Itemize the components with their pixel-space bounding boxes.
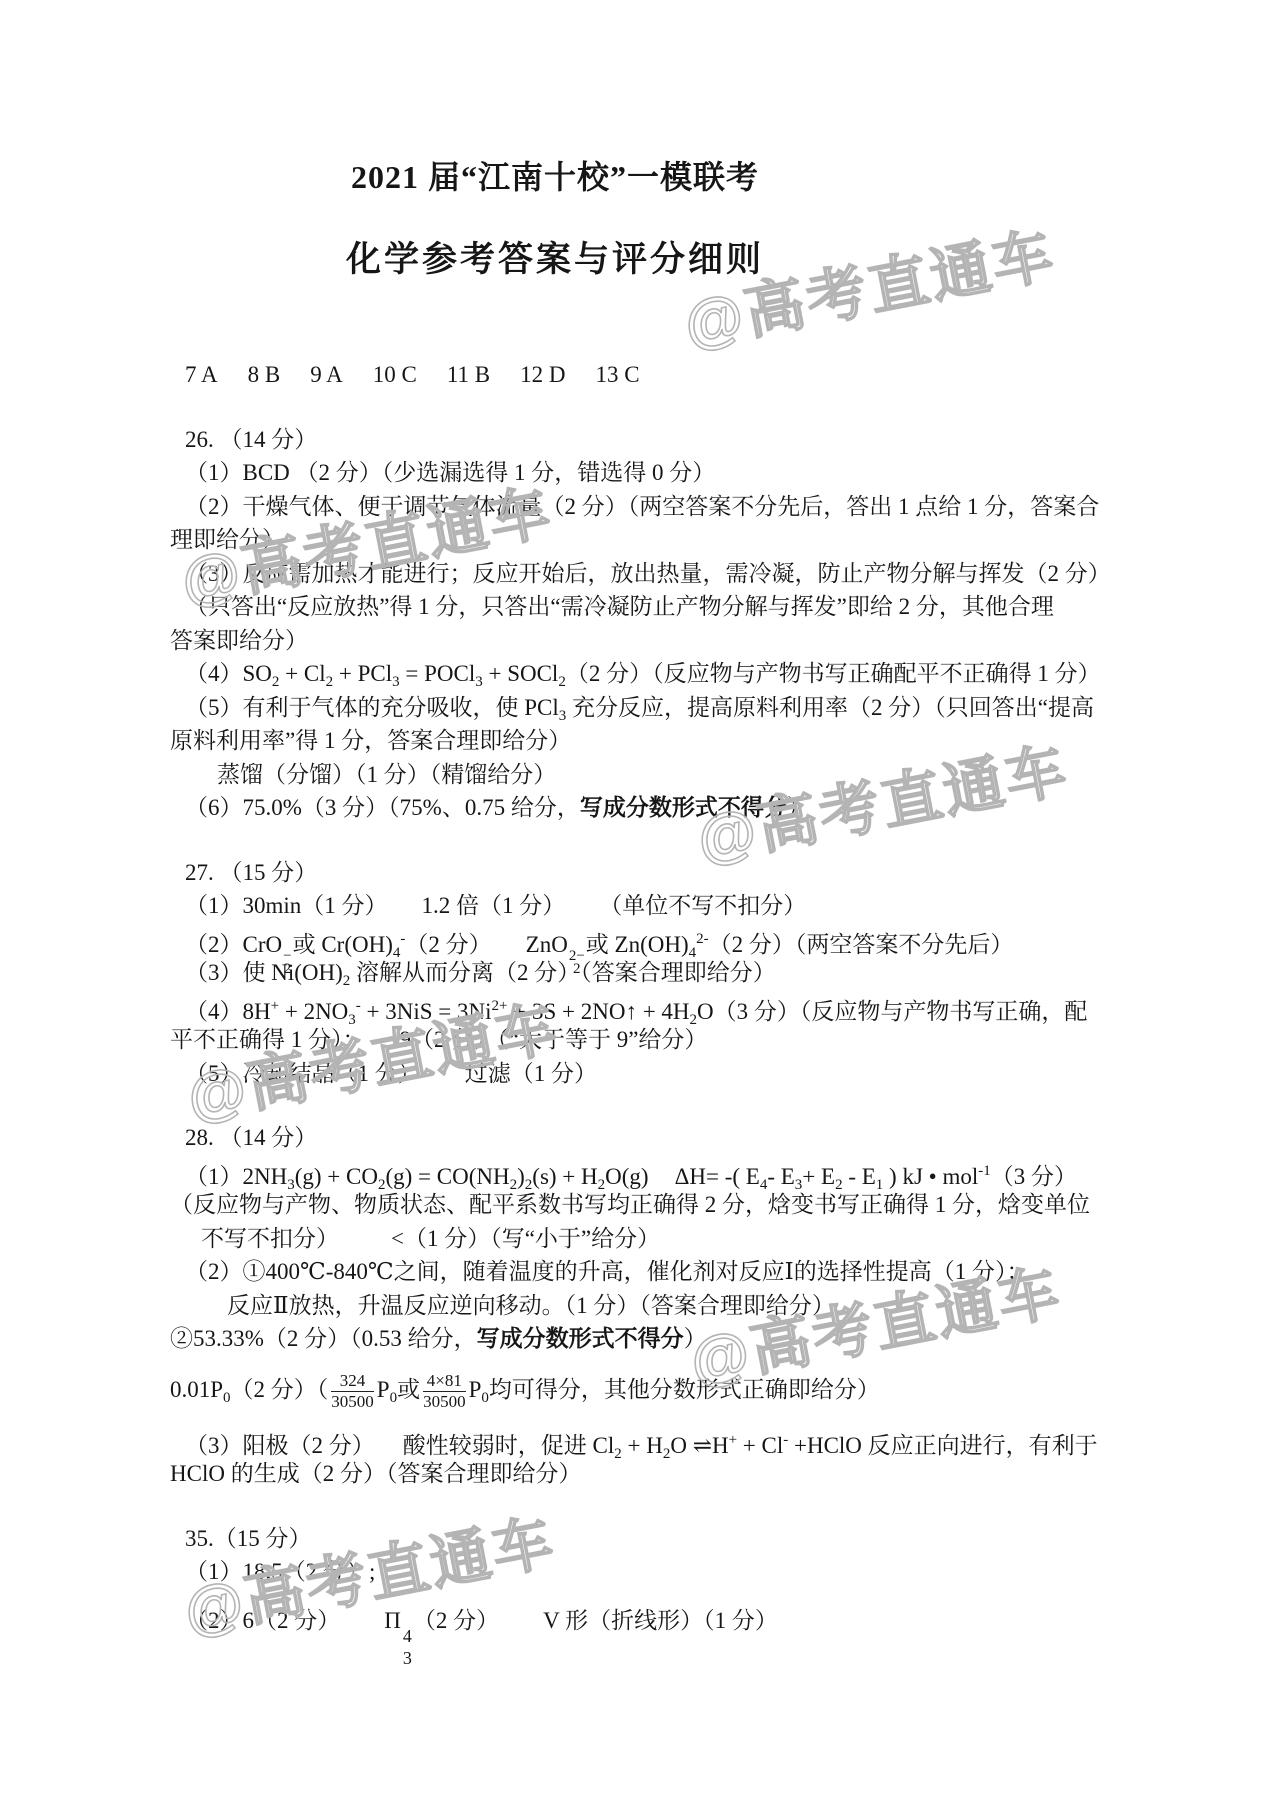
section-q27: 27. （15 分）（1）30min（1 分）1.2 倍（1 分）（单位不写不扣…	[170, 856, 1130, 1091]
text-run: 35.（15 分）	[185, 1526, 312, 1551]
text-run: ）	[684, 1326, 707, 1351]
text-run: （1）2NH	[185, 1164, 287, 1189]
text-run: 7 A	[185, 362, 218, 387]
text-run: （2）①400℃-840℃之间，随着温度的升高，催化剂对反应Ⅰ的选择性提高（1 …	[185, 1259, 1029, 1284]
subscript: 3	[475, 674, 483, 690]
document-body: 7 A8 B9 A10 C11 B12 D13 C26. （14 分）（1）BC…	[170, 358, 1130, 1649]
text-run: + H	[622, 1433, 663, 1458]
superscript: 4	[403, 1629, 412, 1644]
text-line: （2）CrO−2或 Cr(OH)4-（2 分）ZnO2−2或 Zn(OH)42-…	[170, 923, 1130, 957]
text-line: 不写不扣分）<（1 分）（写“小于”给分）	[170, 1222, 1130, 1256]
text-run: （1）30min（1 分）	[185, 893, 388, 918]
text-run: 11 B	[447, 362, 490, 387]
subscript: 3	[403, 1651, 412, 1666]
text-run: + SOCl	[483, 661, 559, 686]
text-line: （3）使 Ni(OH)2 溶解从而分离（2 分）（答案合理即给分）	[170, 956, 1130, 990]
text-run: （单位不写不扣分）	[599, 893, 806, 918]
text-run: （1）18.5（2 分）;	[185, 1559, 375, 1584]
text-line: （2）①400℃-840℃之间，随着温度的升高，催化剂对反应Ⅰ的选择性提高（1 …	[170, 1255, 1130, 1289]
text-run: 或 Cr(OH)	[293, 932, 393, 957]
stacked-script: 43	[403, 1629, 412, 1666]
text-run: （3 分）	[991, 1164, 1077, 1189]
text-run: V 形（折线形）（1 分）	[543, 1608, 778, 1633]
text-run: （3）使 Ni(OH)	[185, 960, 343, 985]
text-run: 反应Ⅱ放热，升温反应逆向移动。（1 分）（答案合理即给分）	[227, 1293, 835, 1318]
text-line: （2）6（2 分）Π43（2 分）V 形（折线形）（1 分）	[170, 1593, 1130, 1649]
text-line: 蒸馏（分馏）（1 分）（精馏给分）	[170, 758, 1130, 792]
text-run: （反应物与产物、物质状态、配平系数书写均正确得 2 分，焓变书写正确得 1 分，…	[170, 1192, 1090, 1217]
text-run: 蒸馏（分馏）（1 分）（精馏给分）	[217, 762, 556, 787]
text-line: 理即给分）	[170, 523, 1130, 557]
text-run: 0.01P	[170, 1377, 223, 1402]
text-run: + 3NiS = 3Ni	[361, 999, 492, 1024]
text-line: （5）有利于气体的充分吸收，使 PCl3 充分反应，提高原料利用率（2 分）（只…	[170, 691, 1130, 725]
text-line: （1）BCD （2 分）（少选漏选得 1 分，错选得 0 分）	[170, 456, 1130, 490]
section-q28: 28. （14 分）（1）2NH3(g) + CO2(g) = CO(NH2)2…	[170, 1121, 1130, 1491]
text-run: （2 分）（反应物与产物书写正确配平不正确得 1 分）	[566, 661, 1101, 686]
text-run: O（3 分）（反应物与产物书写正确，配	[697, 999, 1087, 1024]
text-run: - E	[767, 1164, 794, 1189]
text-line: 0.01P0（2 分）（32430500P0或4×8130500P0均可得分，其…	[170, 1356, 1130, 1424]
text-run: 12 D	[520, 362, 565, 387]
subscript: 2	[614, 1446, 622, 1462]
text-line: 27. （15 分）	[170, 856, 1130, 890]
section-q35: 35.（15 分）（1）18.5（2 分）;（2）6（2 分）Π43（2 分）V…	[170, 1522, 1130, 1649]
text-line: 26. （14 分）	[170, 423, 1130, 457]
text-run: + PCl	[333, 661, 392, 686]
text-run: （3）反应需加热才能进行；反应开始后，放出热量，需冷凝，防止产物分解与挥发（2 …	[185, 561, 1111, 586]
text-run: - E	[843, 1164, 876, 1189]
text-run: HClO 的生成（2 分）（答案合理即给分）	[170, 1461, 581, 1486]
text-run: 充分反应，提高原料利用率（2 分）（只回答出“提高	[566, 695, 1094, 720]
text-run: （6）75.0%（3 分）（75%、0.75 给分，	[185, 795, 580, 820]
text-line: （4）8H+ + 2NO3- + 3NiS = 3Ni2+ + 3S + 2NO…	[170, 990, 1130, 1024]
superscript: +	[729, 1432, 737, 1448]
text-run: （4）8H	[185, 999, 271, 1024]
text-run: 或	[397, 1377, 420, 1402]
text-run: （1）BCD （2 分）（少选漏选得 1 分，错选得 0 分）	[185, 460, 715, 485]
scanned-answer-sheet: 2021 届“江南十校”一模联考 化学参考答案与评分细则 7 A8 B9 A10…	[0, 0, 1280, 1810]
superscript: 2-	[696, 931, 709, 947]
text-run: （5）有利于气体的充分吸收，使 PCl	[185, 695, 559, 720]
text-line: 35.（15 分）	[170, 1522, 1130, 1556]
text-run: （2 分）（	[231, 1377, 329, 1402]
text-run: （2）干燥气体、便于调节气体流量（2 分）（两空答案不分先后，答出 1 点给 1…	[185, 494, 1099, 519]
text-run: Π	[384, 1608, 401, 1633]
exam-title: 2021 届“江南十校”一模联考	[0, 152, 1110, 198]
text-run: P	[377, 1377, 390, 1402]
bold-text-run: 写成分数形式不得分	[477, 1326, 684, 1351]
text-line: （反应物与产物、物质状态、配平系数书写均正确得 2 分，焓变书写正确得 1 分，…	[170, 1188, 1130, 1222]
text-line: 7 A8 B9 A10 C11 B12 D13 C	[170, 358, 1130, 392]
text-run: 均可得分，其他分数形式正确即给分）	[489, 1377, 880, 1402]
text-line: （3）反应需加热才能进行；反应开始后，放出热量，需冷凝，防止产物分解与挥发（2 …	[170, 557, 1130, 591]
subject-title: 化学参考答案与评分细则	[0, 232, 1110, 282]
text-line: 平不正确得 1 分）；9（2 分）（“大于等于 9”给分）	[170, 1023, 1130, 1057]
fraction: 32430500	[331, 1371, 374, 1412]
text-line: （1）30min（1 分）1.2 倍（1 分）（单位不写不扣分）	[170, 889, 1130, 923]
text-run: （2）CrO	[185, 932, 282, 957]
text-line: 答案即给分）	[170, 624, 1130, 658]
superscript: -1	[978, 1163, 991, 1179]
subscript: 0	[481, 1390, 489, 1406]
text-line: （1）18.5（2 分）;	[170, 1555, 1130, 1589]
text-run: （5）冷却结晶（1 分）	[185, 1061, 421, 1086]
text-run: + E	[802, 1164, 835, 1189]
text-line: 原料利用率”得 1 分，答案合理即给分）	[170, 724, 1130, 758]
text-line: 反应Ⅱ放热，升温反应逆向移动。（1 分）（答案合理即给分）	[170, 1289, 1130, 1323]
text-line: （6）75.0%（3 分）（75%、0.75 给分，写成分数形式不得分）	[170, 791, 1130, 825]
text-run: = POCl	[400, 661, 476, 686]
text-run: (s) + H	[532, 1164, 597, 1189]
text-run: 27. （15 分）	[185, 860, 317, 885]
subscript: 2	[326, 674, 334, 690]
fraction-numerator: 324	[331, 1371, 374, 1392]
text-run: 溶解从而分离（2 分）（答案合理即给分）	[350, 960, 776, 985]
text-run: 理即给分）	[170, 527, 285, 552]
fraction-numerator: 4×81	[423, 1371, 466, 1392]
text-run: 酸性较弱时，促进 Cl	[403, 1433, 614, 1458]
text-run: （2 分）	[405, 932, 491, 957]
subscript: 2	[558, 674, 566, 690]
text-line: 28. （14 分）	[170, 1121, 1130, 1155]
text-run: (g) + CO	[295, 1164, 378, 1189]
text-line: ②53.33%（2 分）（0.53 给分，写成分数形式不得分）	[170, 1322, 1130, 1356]
text-run: ）	[787, 795, 810, 820]
text-run: 10 C	[373, 362, 417, 387]
text-run: + Cl	[279, 661, 325, 686]
text-run: ②53.33%（2 分）（0.53 给分，	[170, 1326, 477, 1351]
text-line: （只答出“反应放热”得 1 分，只答出“需冷凝防止产物分解与挥发”即给 2 分，…	[170, 590, 1130, 624]
superscript: +	[271, 998, 279, 1014]
text-run: )	[517, 1164, 525, 1189]
text-run: +HClO 反应正向进行，有利于	[788, 1433, 1097, 1458]
text-run: （2 分）	[413, 1608, 499, 1633]
text-run: 平不正确得 1 分）；	[170, 1027, 366, 1052]
text-run: ZnO	[526, 932, 568, 957]
text-run: (g) = CO(NH	[385, 1164, 509, 1189]
text-line: （5）冷却结晶（1 分）过滤（1 分）	[170, 1057, 1130, 1091]
text-run: O ⇌H	[670, 1433, 728, 1458]
section-q26: 26. （14 分）（1）BCD （2 分）（少选漏选得 1 分，错选得 0 分…	[170, 423, 1130, 825]
text-run: 不写不扣分）	[201, 1226, 339, 1251]
text-run: 1.2 倍（1 分）	[422, 893, 566, 918]
text-line: （2）干燥气体、便于调节气体流量（2 分）（两空答案不分先后，答出 1 点给 1…	[170, 490, 1130, 524]
text-line: （3）阳极（2 分）酸性较弱时，促进 Cl2 + H2O ⇌H+ + Cl- +…	[170, 1424, 1130, 1458]
subscript: 0	[390, 1390, 398, 1406]
text-run: 26. （14 分）	[185, 427, 317, 452]
text-run: + Cl	[737, 1433, 783, 1458]
text-run: P	[469, 1377, 482, 1402]
fraction: 4×8130500	[423, 1371, 466, 1412]
text-run: （2）6（2 分）	[185, 1608, 340, 1633]
fraction-denominator: 30500	[423, 1392, 466, 1412]
text-run: + 3S + 2NO↑ + 4H	[508, 999, 690, 1024]
text-run: O(g)	[605, 1164, 648, 1189]
text-run: ΔH= -( E	[675, 1164, 760, 1189]
text-run: 或 Zn(OH)	[586, 932, 689, 957]
text-run: 9（2 分）（“大于等于 9”给分）	[400, 1027, 708, 1052]
text-run: （只答出“反应放热”得 1 分，只答出“需冷凝防止产物分解与挥发”即给 2 分，…	[185, 594, 1054, 619]
text-run: + 2NO	[279, 999, 348, 1024]
section-choice-answers: 7 A8 B9 A10 C11 B12 D13 C	[170, 358, 1130, 392]
text-run: ) kJ • mol	[883, 1164, 978, 1189]
text-run: 答案即给分）	[170, 628, 308, 653]
fraction-denominator: 30500	[331, 1392, 374, 1412]
text-run: 原料利用率”得 1 分，答案合理即给分）	[170, 728, 571, 753]
bold-text-run: 写成分数形式不得分	[580, 795, 787, 820]
text-run: 9 A	[310, 362, 343, 387]
text-run: （2 分）（两空答案不分先后）	[709, 932, 1014, 957]
text-line: （4）SO2 + Cl2 + PCl3 = POCl3 + SOCl2（2 分）…	[170, 657, 1130, 691]
text-run: 13 C	[596, 362, 640, 387]
text-run: 28. （14 分）	[185, 1125, 317, 1150]
text-run: 8 B	[248, 362, 281, 387]
text-run: （4）SO	[185, 661, 272, 686]
subscript: 0	[223, 1390, 231, 1406]
superscript: 2+	[492, 998, 508, 1014]
text-run: （3）阳极（2 分）	[185, 1433, 375, 1458]
text-run: <（1 分）（写“小于”给分）	[391, 1226, 660, 1251]
text-run: 过滤（1 分）	[465, 1061, 597, 1086]
text-line: HClO 的生成（2 分）（答案合理即给分）	[170, 1457, 1130, 1491]
subscript: 3	[392, 674, 400, 690]
text-line: （1）2NH3(g) + CO2(g) = CO(NH2)2(s) + H2O(…	[170, 1155, 1130, 1189]
